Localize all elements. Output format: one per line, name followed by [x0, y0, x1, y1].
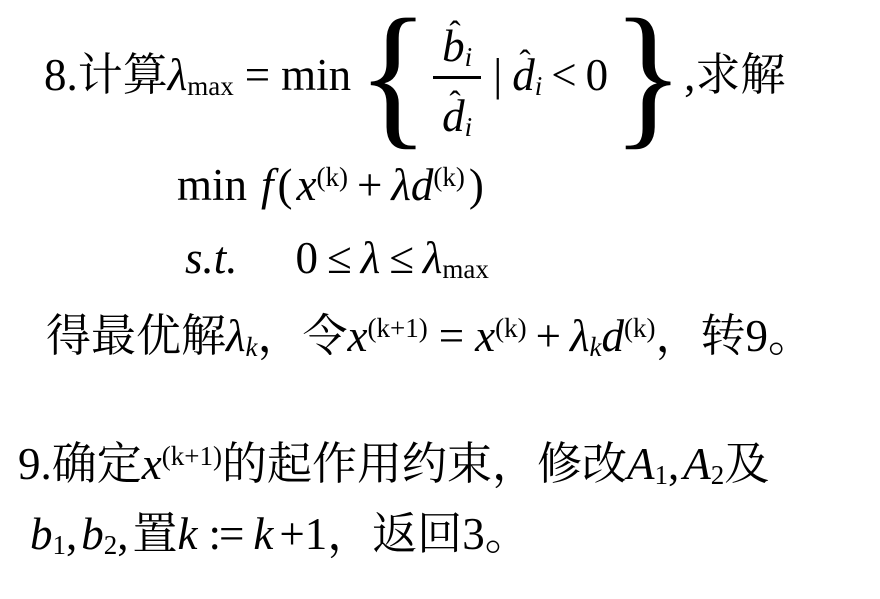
- d-subscript-i: i: [535, 71, 543, 101]
- plus-sign: +: [357, 160, 382, 210]
- superscript-k: (k): [433, 162, 464, 192]
- lambda-symbol: λ: [168, 50, 188, 100]
- step8-intro-text: 8.计算λmax=min: [44, 53, 351, 98]
- update-rule-line: 得最优解λk，令x(k+1)=x(k)+λkd(k)，转9。: [46, 314, 813, 359]
- x-symbol: x: [348, 311, 368, 361]
- fraction-numerator: ˆbi: [433, 8, 481, 79]
- plus-sign: +: [536, 311, 561, 361]
- lambda-max-subscript: max: [442, 254, 489, 284]
- st-abbreviation: s.t.: [185, 233, 238, 283]
- optimal-solution-text: 得最优解: [46, 311, 226, 361]
- d-symbol: d: [601, 311, 624, 361]
- return-step3-text: ，返回3。: [327, 509, 530, 559]
- close-brace: }: [612, 0, 684, 155]
- A-symbol: A: [683, 439, 711, 489]
- active-constraints-text: 的起作用约束，修改: [222, 439, 627, 489]
- superscript-k-plus-1: (k+1): [368, 313, 428, 343]
- superscript-k-plus-1: (k+1): [162, 441, 222, 471]
- d-hat: ˆd: [442, 94, 465, 139]
- b-subscript-2: 2: [104, 530, 118, 560]
- objective-formula: minf(x(k)+λd(k)): [177, 163, 484, 208]
- superscript-k: (k): [317, 162, 348, 192]
- A-symbol: A: [627, 439, 655, 489]
- step9-line1: 9.确定x(k+1)的起作用约束，修改A1,A2及: [18, 442, 769, 487]
- open-brace: {: [357, 0, 429, 155]
- subject-to-label: s.t.: [185, 236, 238, 281]
- lambda-range-expression: 0≤λ≤λmax: [296, 236, 489, 281]
- and-text: 及: [724, 439, 769, 489]
- lambda-k-subscript: k: [589, 332, 601, 362]
- zero-value: 0: [586, 50, 609, 100]
- d-hat-condition: ˆd: [512, 53, 535, 98]
- x-symbol: x: [297, 160, 317, 210]
- A-subscript-2: 2: [711, 460, 725, 490]
- comma: ,: [117, 509, 128, 559]
- fraction-bhat-over-dhat: ˆbi ˆdi: [433, 8, 481, 142]
- min-operator: min: [281, 50, 351, 100]
- x-symbol: x: [475, 311, 495, 361]
- conditional-bar: |: [493, 50, 502, 100]
- leq-sign: ≤: [389, 233, 414, 283]
- comma: ,: [668, 439, 679, 489]
- equals-sign: =: [439, 311, 464, 361]
- b-symbol: b: [81, 509, 104, 559]
- step8-intro-tail: ,求解: [684, 53, 785, 98]
- hat-accent: ˆ: [449, 87, 460, 121]
- A-subscript-1: 1: [654, 460, 668, 490]
- leq-sign: ≤: [327, 233, 352, 283]
- k-symbol: k: [253, 509, 273, 559]
- b-symbol: b: [30, 509, 53, 559]
- equals-sign: =: [245, 50, 270, 100]
- lambda-k-subscript: k: [246, 332, 258, 362]
- step9-update-expression: b1,b2,置k:=k+1，返回3。: [30, 512, 530, 557]
- assign-operator: :=: [209, 509, 243, 559]
- f-symbol: f: [261, 160, 274, 210]
- constraint-formula: s.t. 0≤λ≤λmax: [185, 236, 489, 281]
- b-subscript-1: 1: [53, 530, 67, 560]
- step9-line2: b1,b2,置k:=k+1，返回3。: [30, 512, 530, 557]
- superscript-k: (k): [624, 313, 655, 343]
- b-hat: ˆb: [442, 24, 465, 69]
- comma: ,: [66, 509, 77, 559]
- zero-bound: 0: [296, 233, 319, 283]
- step8-heading-formula: 8.计算λmax=min { ˆbi ˆdi |ˆdi<0 } ,求解: [44, 0, 785, 150]
- set-text: 置: [133, 509, 178, 559]
- hat-accent: ˆ: [519, 46, 530, 80]
- step8-number-label: 8.计算: [44, 50, 168, 100]
- plus-one-text: +1: [279, 509, 327, 559]
- min-operator: min: [177, 160, 247, 210]
- step9-number-label: 9.确定: [18, 439, 142, 489]
- lambda-symbol: λ: [570, 311, 590, 361]
- update-expression: 得最优解λk，令x(k+1)=x(k)+λkd(k)，转9。: [46, 314, 813, 359]
- x-symbol: x: [142, 439, 162, 489]
- lambda-max-subscript: max: [187, 71, 234, 101]
- superscript-k: (k): [495, 313, 526, 343]
- less-than-sign: <: [551, 50, 576, 100]
- lambda-symbol: λ: [226, 311, 246, 361]
- lambda-d-symbols: λd: [391, 160, 433, 210]
- set-condition: |ˆdi<0: [493, 53, 608, 98]
- close-paren: ): [469, 160, 484, 210]
- step9-expression: 9.确定x(k+1)的起作用约束，修改A1,A2及: [18, 442, 769, 487]
- comma-and-let-text: ，令: [258, 311, 348, 361]
- d-subscript-i: i: [465, 112, 473, 142]
- hat-accent: ˆ: [449, 17, 460, 51]
- goto-step9-text: ，转9。: [655, 311, 813, 361]
- objective-expression: minf(x(k)+λd(k)): [177, 163, 484, 208]
- k-symbol: k: [178, 509, 198, 559]
- b-subscript-i: i: [465, 42, 473, 72]
- document-page: 8.计算λmax=min { ˆbi ˆdi |ˆdi<0 } ,求解 minf…: [0, 0, 880, 599]
- fraction-denominator: ˆdi: [433, 79, 481, 142]
- lambda-symbol: λ: [423, 233, 443, 283]
- lambda-symbol: λ: [361, 233, 381, 283]
- open-paren: (: [278, 160, 293, 210]
